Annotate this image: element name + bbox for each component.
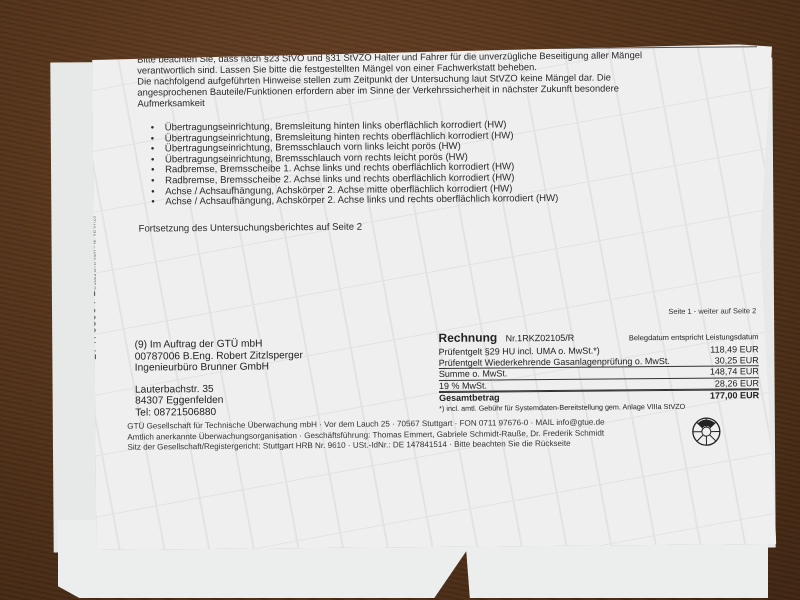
row-label: 19 % MwSt. [439,380,487,391]
row-amount: 118,49 EUR [710,344,758,355]
invoice-date-note: Belegdatum entspricht Leistungsdatum [629,332,759,342]
invoice-title: Rechnung [438,330,497,345]
continuation-note: Fortsetzung des Untersuchungsberichtes a… [139,222,363,235]
findings-list: Übertragungseinrichtung, Bremsleitung hi… [151,120,559,208]
total-label: Gesamtbetrag [439,392,500,403]
notice-block: Bitte beachten Sie, dass nach §23 StVO u… [137,48,757,108]
address-line: 00787006 B.Eng. Robert Zitzlsperger [135,350,303,363]
row-label: Prüfentgelt Wiederkehrende Gasanlagenprü… [439,355,670,368]
inspector-address: (9) Im Auftrag der GTÜ mbH 00787006 B.En… [135,338,304,419]
page-info: Seite 1 - weiter auf Seite 2 [668,306,756,316]
address-phone: Tel: 08721506880 [135,406,303,419]
invoice-block: Rechnung Nr.1RKZ02105/R Belegdatum entsp… [438,326,759,412]
row-amount: 148,74 EUR [710,366,759,377]
inspection-report-page: © 2023 GTÜ mbH – Nr. VB 07/23 174763904 … [92,44,776,550]
invoice-number: Nr.1RKZ02105/R [506,333,575,344]
row-label: Summe o. MwSt. [439,368,508,379]
total-amount: 177,00 EUR [710,390,759,401]
row-amount: 28,26 EUR [715,378,759,389]
row-amount: 30,25 EUR [715,355,759,366]
inspection-seal-icon [691,417,721,447]
company-footer: GTÜ Gesellschaft für Technische Überwach… [127,417,707,454]
